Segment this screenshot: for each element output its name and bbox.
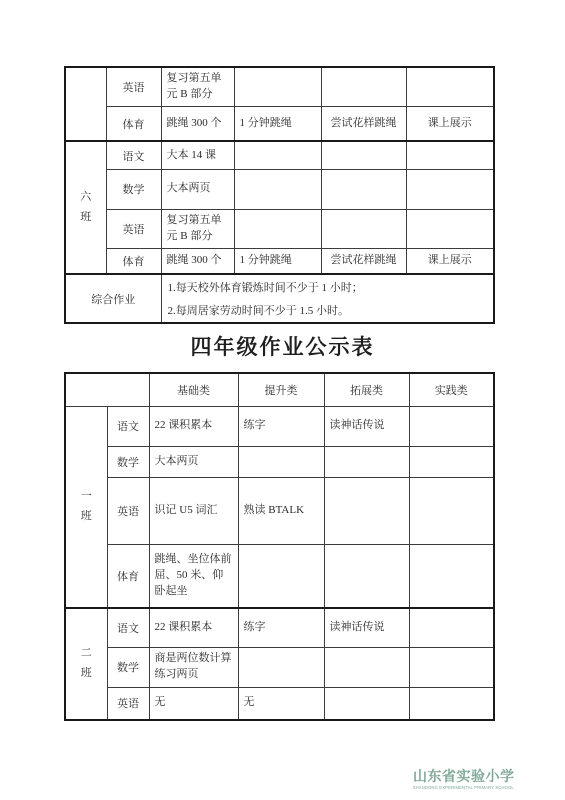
header-practice: 实践类	[409, 373, 494, 406]
task-cell	[238, 446, 324, 477]
task-cell: 读神话传说	[324, 406, 409, 446]
grade6-homework-table: 英语 复习第五单元 B 部分 体育 跳绳 300 个 1 分钟跳绳 尝试花样跳绳…	[64, 66, 495, 324]
class-label: 二班	[80, 644, 93, 684]
task-cell	[409, 687, 494, 720]
header-blank-cell	[65, 373, 149, 406]
task-cell: 22 课积累本	[149, 406, 238, 446]
task-cell	[406, 209, 494, 248]
task-cell: 无	[149, 687, 238, 720]
summary-cell: 1.每天校外体育锻炼时间不少于 1 小时； 2.每周居家劳动时间不少于 1.5 …	[161, 274, 494, 323]
header-expand: 拓展类	[324, 373, 409, 406]
task-cell	[324, 477, 409, 544]
school-logo: 山东省实验小学 SHANDONG EXPERIMENTAL PRIMARY SC…	[366, 771, 561, 794]
task-cell	[321, 209, 406, 248]
page-title: 四年级作业公示表	[0, 331, 565, 361]
task-cell	[409, 406, 494, 446]
task-cell	[234, 141, 321, 169]
task-cell	[406, 141, 494, 169]
task-cell: 大本两页	[149, 446, 238, 477]
subject-cell: 语文	[107, 406, 149, 446]
subject-cell: 数学	[107, 446, 149, 477]
document-page: 英语 复习第五单元 B 部分 体育 跳绳 300 个 1 分钟跳绳 尝试花样跳绳…	[0, 0, 565, 800]
subject-cell: 体育	[106, 106, 161, 141]
task-cell	[324, 687, 409, 720]
task-cell: 跳绳、坐位体前屈、50 米、仰卧起坐	[149, 544, 238, 608]
task-cell	[324, 544, 409, 608]
class-cell: 二班	[65, 608, 107, 720]
school-logo-cn: 山东省实验小学	[366, 771, 561, 785]
subject-cell: 体育	[106, 248, 161, 274]
task-cell: 商是两位数计算练习两页	[149, 647, 238, 687]
task-cell: 课上展示	[406, 248, 494, 274]
subject-cell: 语文	[107, 608, 149, 647]
task-cell	[409, 446, 494, 477]
subject-cell: 数学	[106, 169, 161, 209]
task-cell	[238, 544, 324, 608]
subject-cell: 英语	[106, 209, 161, 248]
task-cell: 复习第五单元 B 部分	[161, 209, 234, 248]
subject-cell: 英语	[106, 67, 161, 106]
task-cell: 1 分钟跳绳	[234, 106, 321, 141]
class-label: 六班	[79, 188, 92, 228]
task-cell: 跳绳 300 个	[161, 106, 234, 141]
task-cell: 尝试花样跳绳	[321, 106, 406, 141]
subject-cell: 英语	[107, 687, 149, 720]
task-cell	[238, 647, 324, 687]
task-cell: 课上展示	[406, 106, 494, 141]
school-logo-en: SHANDONG EXPERIMENTAL PRIMARY SCHOOL	[413, 786, 514, 790]
task-cell	[406, 67, 494, 106]
task-cell: 大本两页	[161, 169, 234, 209]
task-cell	[324, 446, 409, 477]
subject-cell: 英语	[107, 477, 149, 544]
task-cell: 熟读 BTALK	[238, 477, 324, 544]
task-cell	[409, 608, 494, 647]
task-cell	[409, 647, 494, 687]
task-cell: 1 分钟跳绳	[234, 248, 321, 274]
task-cell	[409, 477, 494, 544]
task-cell: 读神话传说	[324, 608, 409, 647]
task-cell	[409, 544, 494, 608]
task-cell	[324, 647, 409, 687]
class-cell: 一班	[65, 406, 107, 608]
task-cell	[321, 141, 406, 169]
task-cell: 大本 14 课	[161, 141, 234, 169]
task-cell	[406, 169, 494, 209]
summary-line-2: 2.每周居家劳动时间不少于 1.5 小时。	[168, 302, 488, 318]
task-cell: 识记 U5 词汇	[149, 477, 238, 544]
class-cell	[65, 67, 106, 141]
header-improve: 提升类	[238, 373, 324, 406]
subject-cell: 体育	[107, 544, 149, 608]
subject-cell: 数学	[107, 647, 149, 687]
task-cell: 练字	[238, 406, 324, 446]
task-cell: 22 课积累本	[149, 608, 238, 647]
task-cell	[321, 169, 406, 209]
summary-line-1: 1.每天校外体育锻炼时间不少于 1 小时；	[168, 279, 488, 295]
task-cell	[234, 169, 321, 209]
header-basic: 基础类	[149, 373, 238, 406]
task-cell	[234, 67, 321, 106]
task-cell: 复习第五单元 B 部分	[161, 67, 234, 106]
task-cell: 练字	[238, 608, 324, 647]
task-cell: 跳绳 300 个	[161, 248, 234, 274]
subject-cell: 语文	[106, 141, 161, 169]
task-cell	[234, 209, 321, 248]
grade4-homework-table: 基础类 提升类 拓展类 实践类 一班 语文 22 课积累本 练字 读神话传说 数…	[64, 372, 495, 721]
task-cell: 尝试花样跳绳	[321, 248, 406, 274]
class-cell: 六班	[65, 141, 106, 274]
task-cell: 无	[238, 687, 324, 720]
summary-label: 综合作业	[65, 274, 161, 323]
class-label: 一班	[80, 487, 93, 527]
task-cell	[321, 67, 406, 106]
